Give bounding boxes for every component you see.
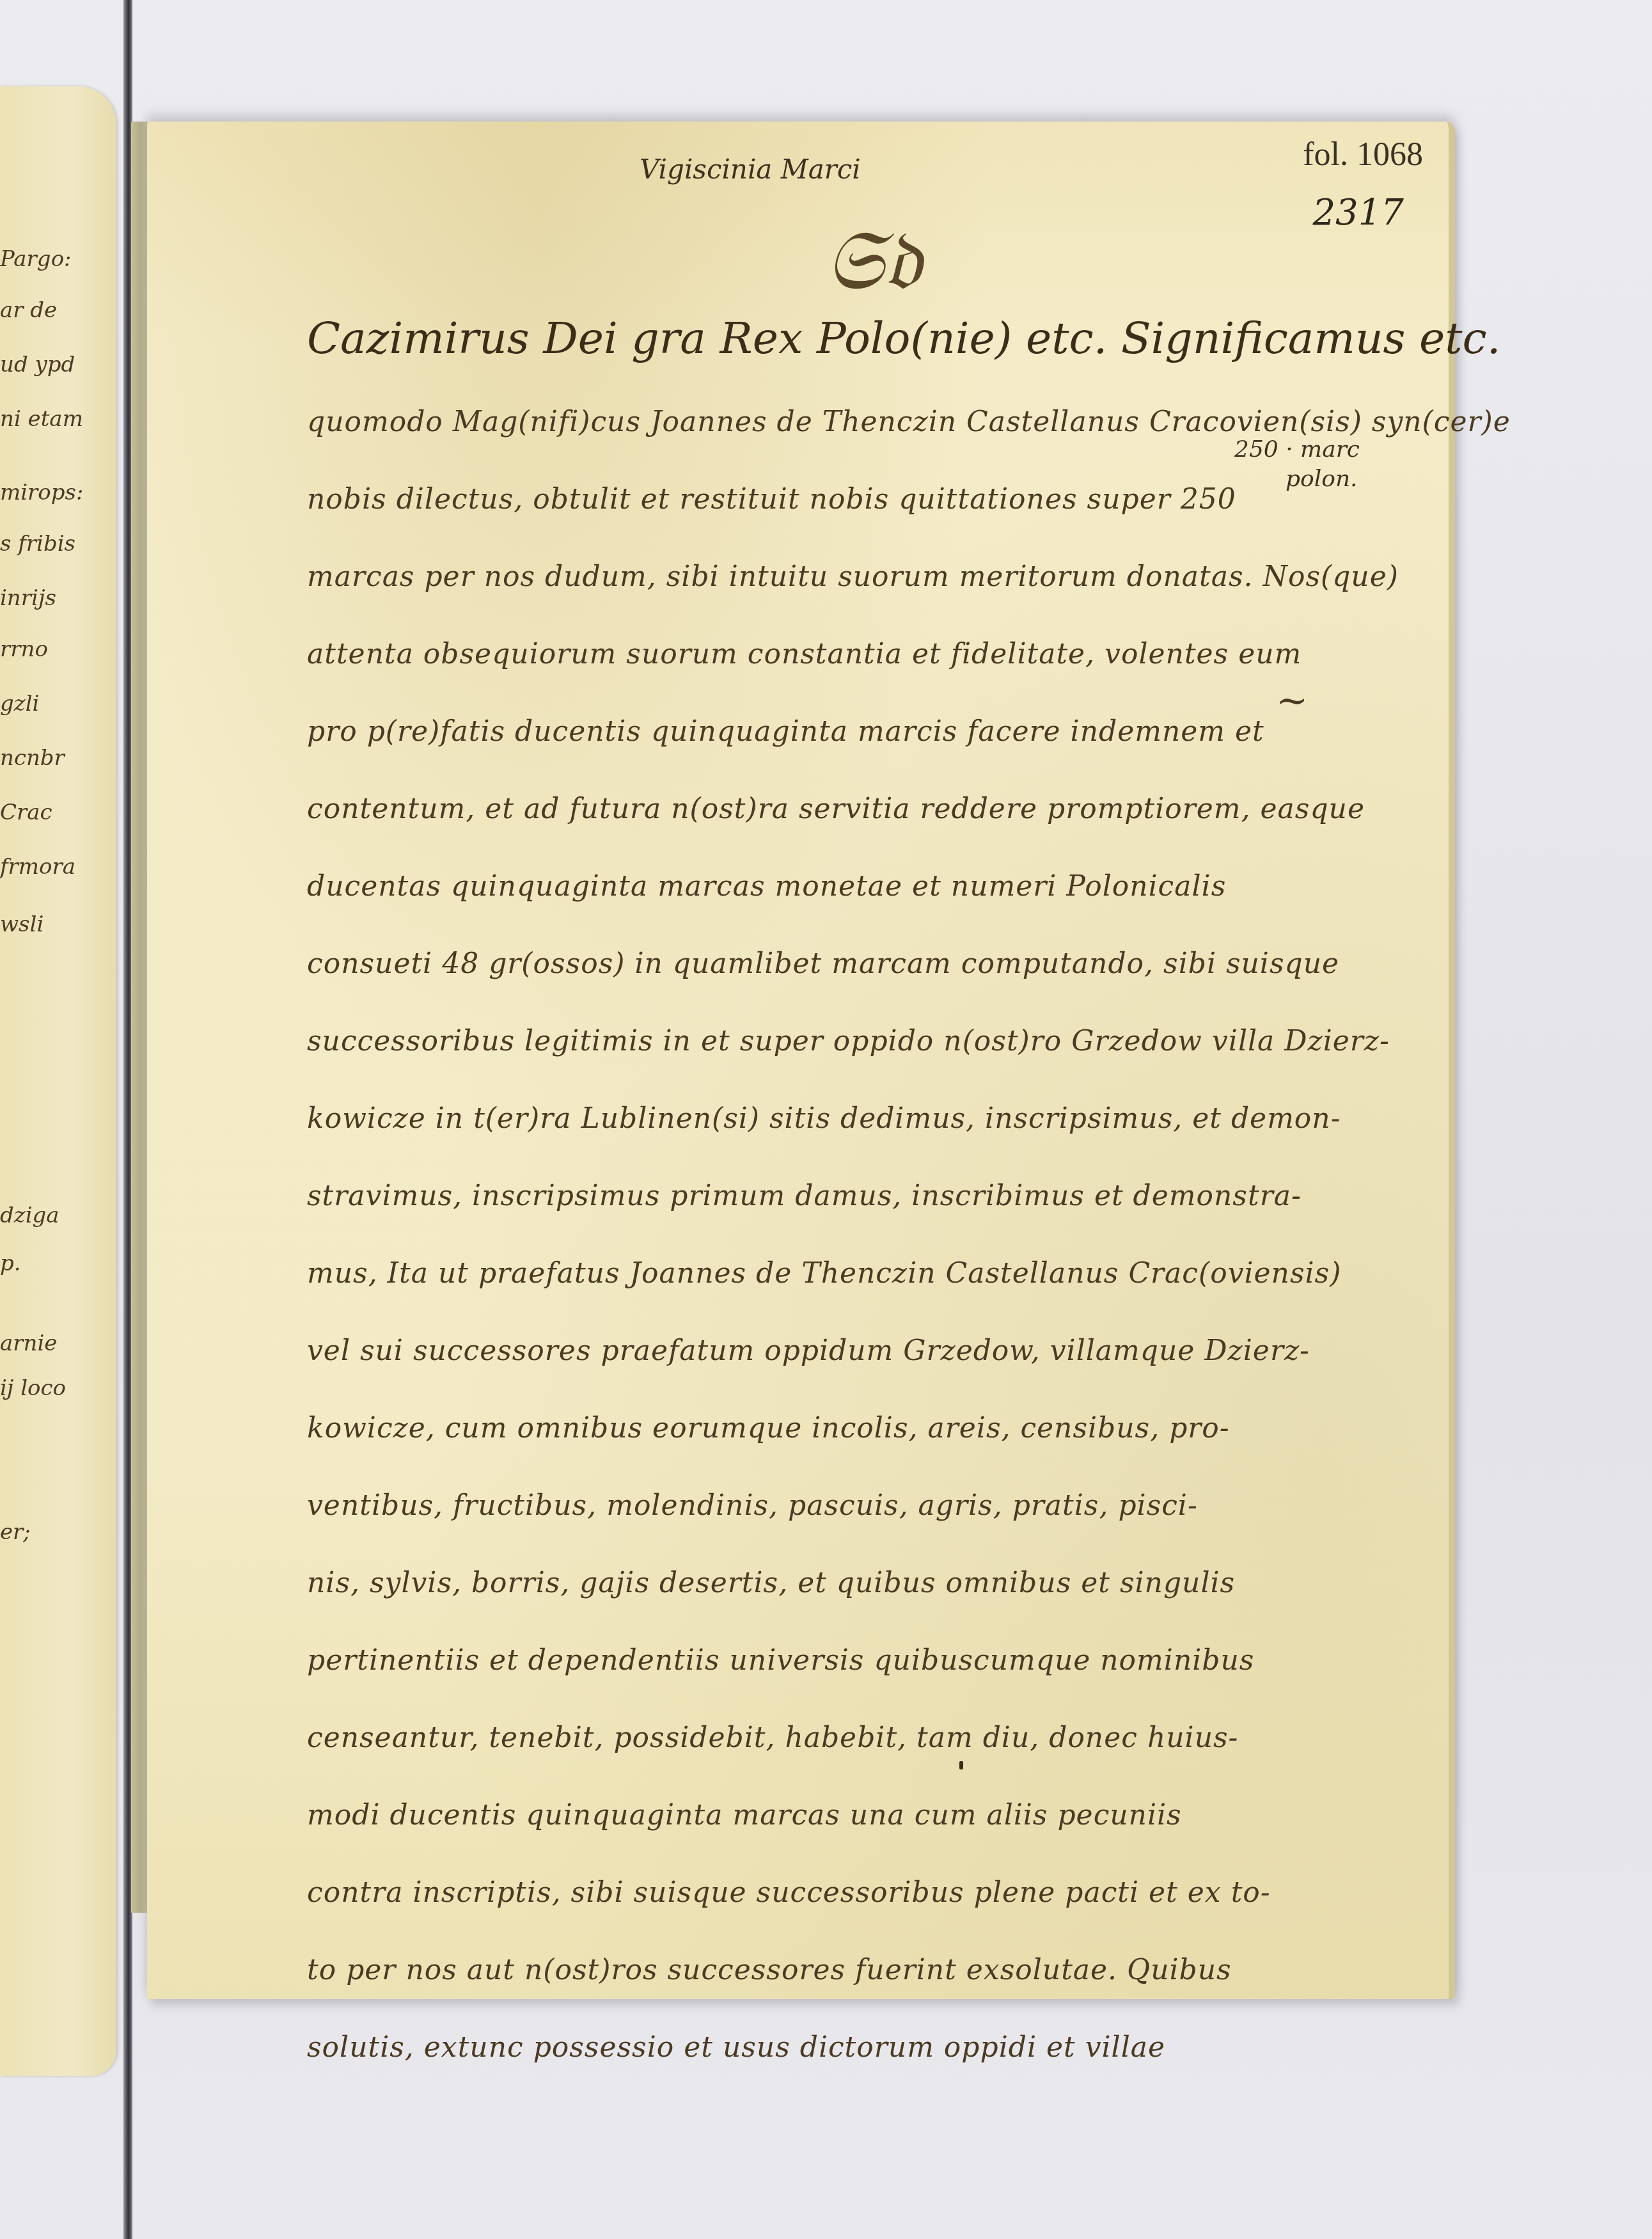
body-line: mus, Ita ut praefatus Joannes de Thenczi…: [307, 1248, 1394, 1325]
body-line: modi ducentis quinquaginta marcas una cu…: [307, 1790, 1394, 1867]
body-line: nobis dilectus, obtulit et restituit nob…: [307, 474, 1394, 551]
body-line: marcas per nos dudum, sibi intuitu suoru…: [307, 551, 1394, 629]
left-margin-fragment: ncnbr: [0, 745, 65, 771]
ink-spot: [959, 1761, 963, 1769]
secondary-folio-number: 2317: [1312, 192, 1404, 233]
left-margin-fragment: p.: [0, 1251, 21, 1276]
folio-number: fol. 1068: [1303, 136, 1423, 173]
margin-note-line: polon.: [1234, 464, 1360, 494]
left-margin-fragment: er;: [0, 1519, 31, 1545]
left-margin-fragment: wsli: [0, 912, 43, 937]
left-margin-fragment: frmora: [0, 854, 75, 880]
body-line: pro p(re)fatis ducentis quinquaginta mar…: [307, 706, 1394, 784]
left-margin-fragment: gzli: [0, 691, 39, 716]
body-line: consueti 48 gr(ossos) in quamlibet marca…: [307, 938, 1394, 1016]
margin-squiggle-icon: ~: [1276, 678, 1308, 723]
manuscript-folio-recto: Vigiscinia Marci fol. 1068 2317 𝔖𝔡 Cazim…: [147, 122, 1455, 1999]
left-margin-fragment: rrno: [0, 637, 48, 662]
header-note: Vigiscinia Marci: [640, 154, 861, 185]
left-margin-fragment: Pargo:: [0, 246, 72, 272]
body-line: contentum, et ad futura n(ost)ra serviti…: [307, 784, 1394, 861]
body-line: ducentas quinquaginta marcas monetae et …: [307, 861, 1394, 938]
body-line: contra inscriptis, sibi suisque successo…: [307, 1867, 1394, 1945]
body-line: kowicze in t(er)ra Lublinen(si) sitis de…: [307, 1093, 1394, 1171]
left-margin-fragment: mirops:: [0, 480, 84, 505]
body-line: successoribus legitimis in et super oppi…: [307, 1016, 1394, 1093]
body-line: quomodo Mag(nifi)cus Joannes de Thenczin…: [307, 397, 1394, 474]
body-line: vel sui successores praefatum oppidum Gr…: [307, 1325, 1394, 1403]
marginal-annotation: 250 · marc polon.: [1234, 435, 1360, 494]
body-line: attenta obsequiorum suorum constantia et…: [307, 629, 1394, 706]
body-line: Cazimirus Dei gra Rex Polo(nie) etc. Sig…: [307, 313, 1394, 397]
left-margin-fragment: ij loco: [0, 1375, 66, 1401]
body-line: stravimus, inscripsimus primum damus, in…: [307, 1171, 1394, 1248]
body-line: kowicze, cum omnibus eorumque incolis, a…: [307, 1403, 1394, 1480]
left-margin-fragment: Crac: [0, 800, 52, 825]
body-line: nis, sylvis, borris, gajis desertis, et …: [307, 1558, 1394, 1635]
margin-note-line: 250 · marc: [1234, 435, 1360, 464]
body-line: censeantur, tenebit, possidebit, habebit…: [307, 1713, 1394, 1790]
left-margin-fragment: inrijs: [0, 585, 56, 611]
left-margin-fragment: s fribis: [0, 531, 75, 557]
body-line: ventibus, fructibus, molendinis, pascuis…: [307, 1480, 1394, 1558]
body-line: solutis, extunc possessio et usus dictor…: [307, 2022, 1394, 2100]
facing-page-verso: Pargo: ar de ud ypd ni etam mirops: s fr…: [0, 86, 116, 2076]
flourish-mark-icon: 𝔖𝔡: [825, 211, 921, 310]
left-margin-fragment: ud ypd: [0, 352, 75, 377]
left-margin-fragment: ar de: [0, 297, 57, 323]
manuscript-body: Cazimirus Dei gra Rex Polo(nie) etc. Sig…: [307, 313, 1394, 2100]
left-margin-fragment: ni etam: [0, 406, 83, 432]
left-margin-fragment: arnie: [0, 1331, 57, 1356]
left-margin-fragment: dziga: [0, 1203, 59, 1228]
body-line: to per nos aut n(ost)ros successores fue…: [307, 1945, 1394, 2022]
body-line: pertinentiis et dependentiis universis q…: [307, 1635, 1394, 1713]
